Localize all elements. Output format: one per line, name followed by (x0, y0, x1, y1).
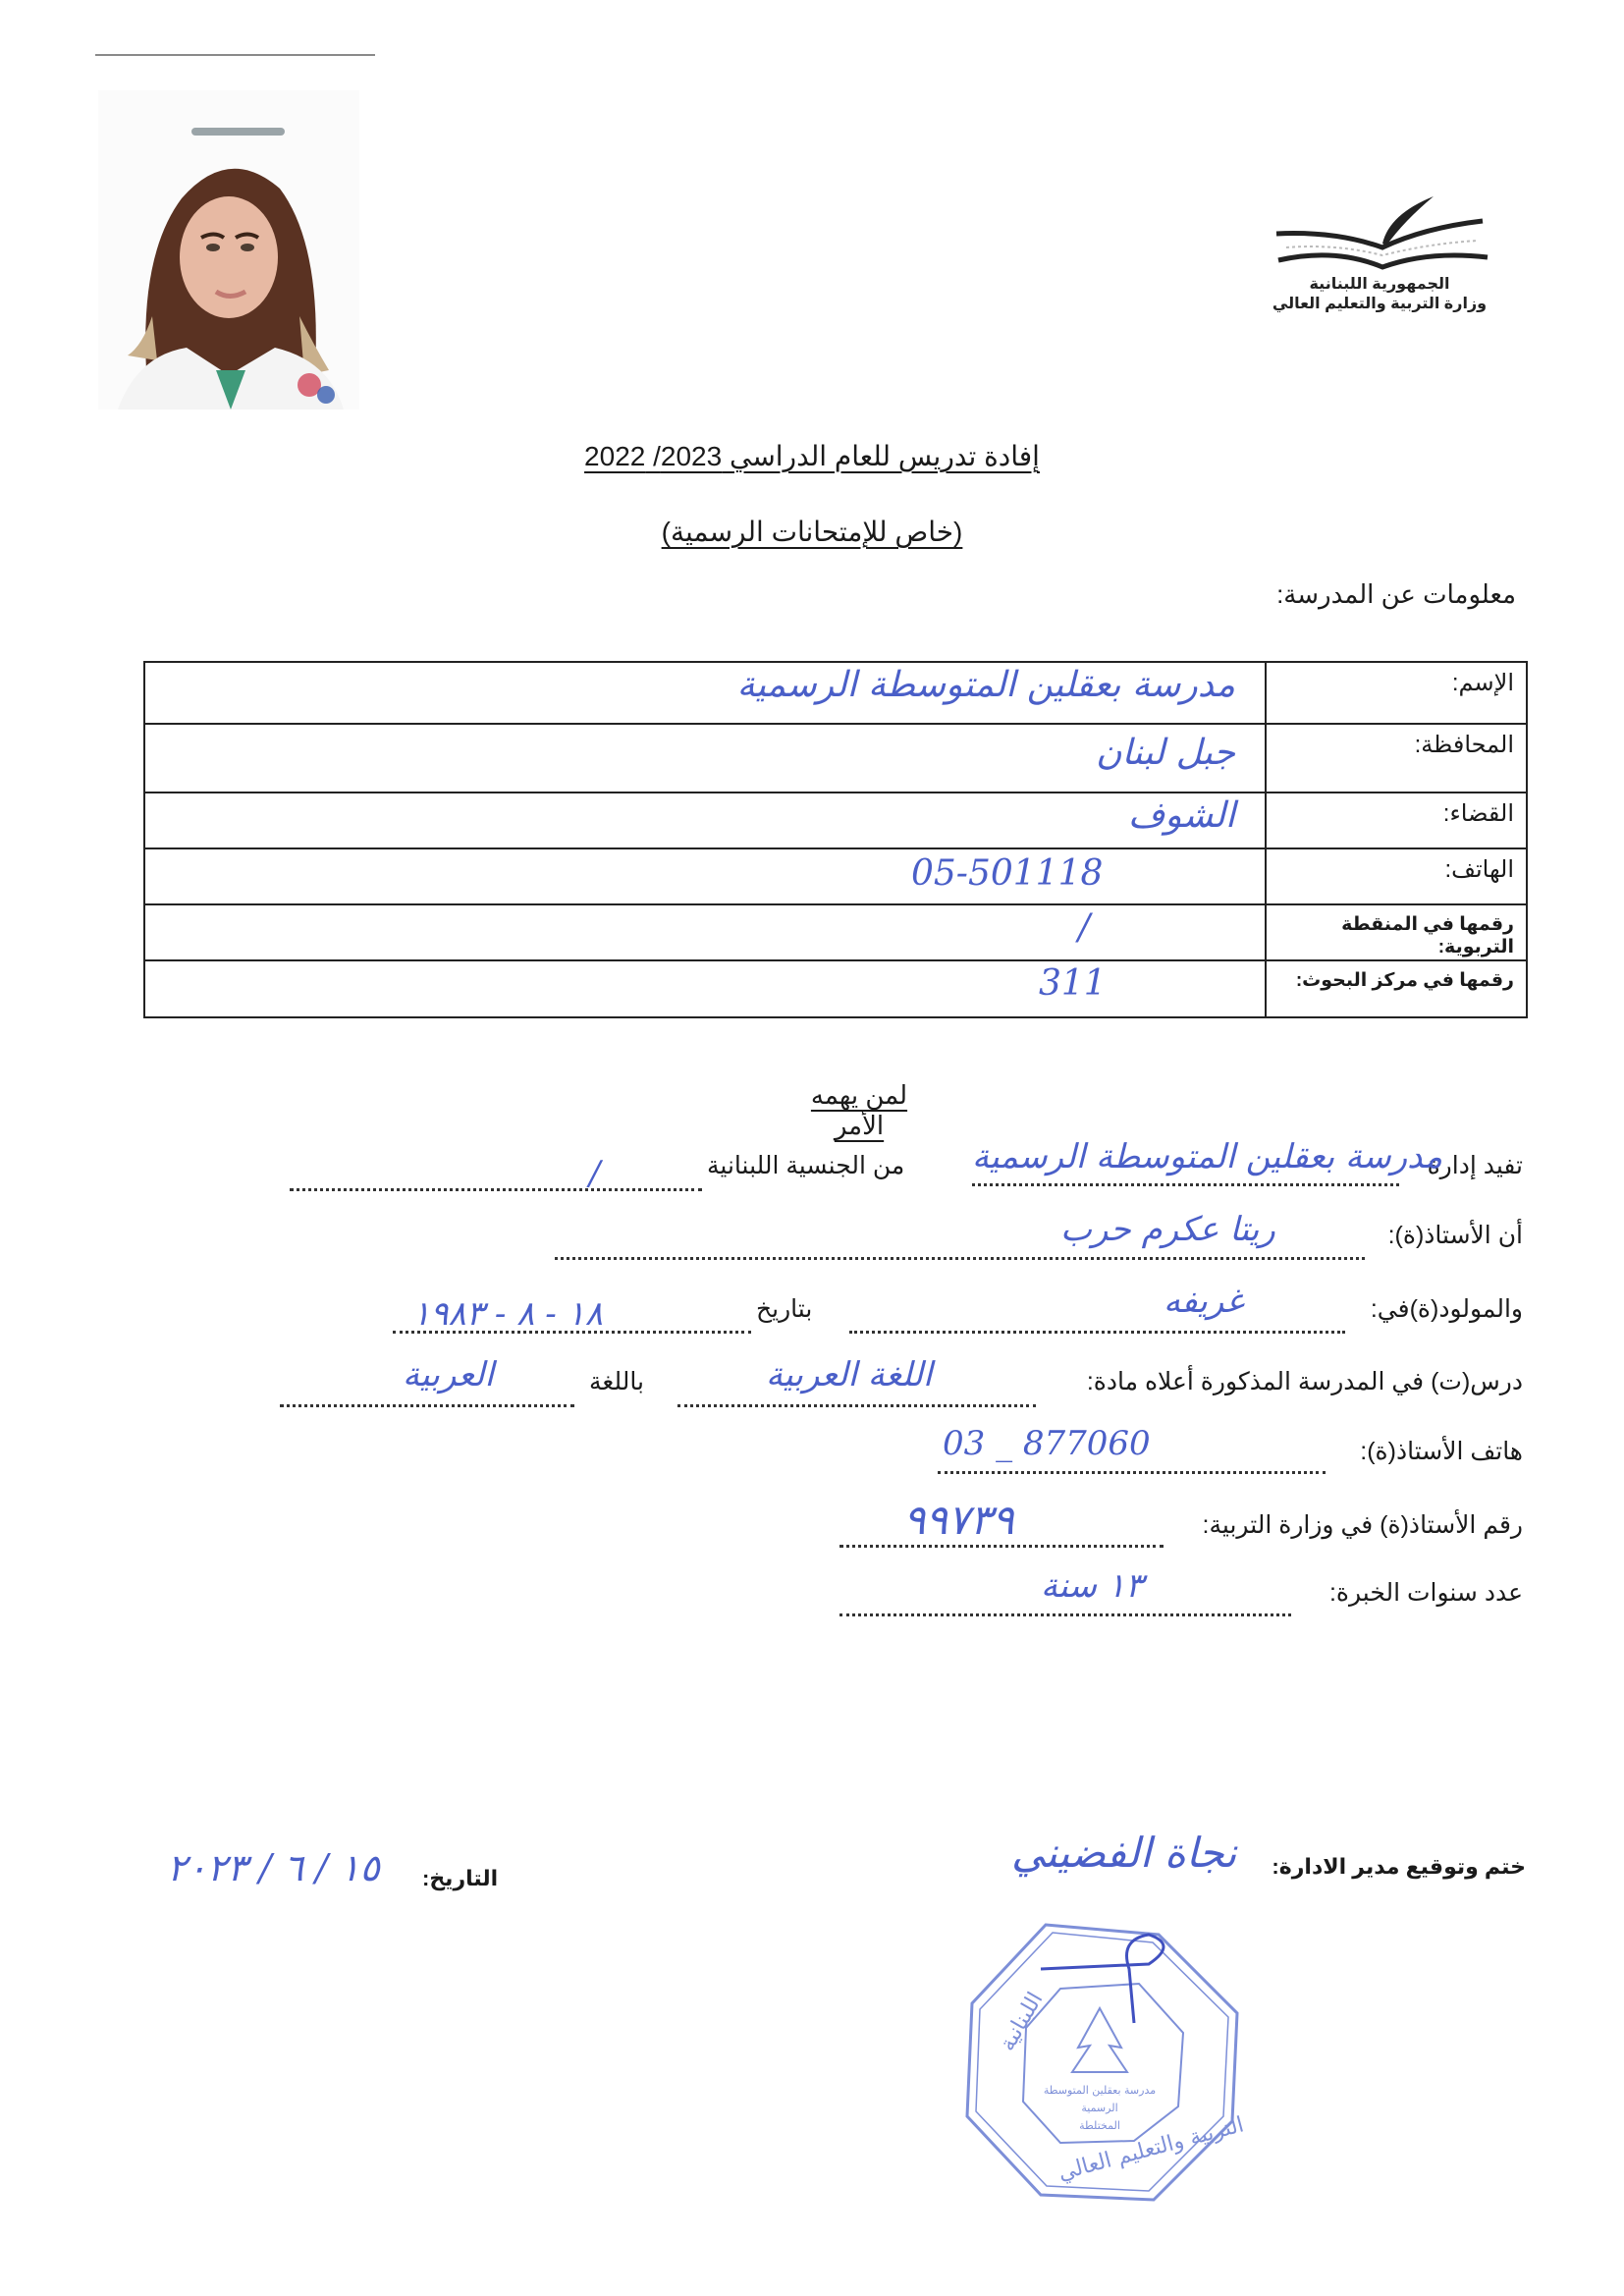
svg-text:مدرسة بعقلين المتوسطة: مدرسة بعقلين المتوسطة (1044, 2084, 1156, 2097)
field-ministry-number[interactable]: ٩٩٧٣٩ (903, 1496, 1014, 1544)
table-row-educational-zone: رقمها في المنقطة التربوية: / (145, 905, 1526, 961)
value-governorate[interactable]: جبل لبنان (145, 725, 1265, 792)
value-phone[interactable]: 05-501118 (145, 849, 1265, 903)
school-info-table: الإسم: مدرسة بعقلين المتوسطة الرسمية الم… (143, 661, 1528, 1018)
label-phone: الهاتف: (1265, 849, 1526, 903)
dots-language (280, 1404, 574, 1407)
table-row-district: القضاء: الشوف (145, 793, 1526, 849)
octagonal-official-stamp-icon: مدرسة بعقلين المتوسطة الرسمية المختلطة ا… (952, 1915, 1247, 2210)
dots-birthplace (849, 1331, 1345, 1334)
svg-text:اللبنانية: اللبنانية (996, 1989, 1049, 2055)
dots-teacher (555, 1257, 1365, 1260)
signature-label: ختم وتوقيع مدير الادارة: (1272, 1854, 1526, 1880)
official-stamp: مدرسة بعقلين المتوسطة الرسمية المختلطة ا… (952, 1915, 1247, 2210)
value-school-name[interactable]: مدرسة بعقلين المتوسطة الرسمية (145, 663, 1265, 723)
dots-subject (677, 1404, 1036, 1407)
label-research-center: رقمها في مركز البحوث: (1265, 961, 1526, 1016)
logo-republic-text: الجمهورية اللبنانية (1257, 275, 1502, 295)
open-book-emblem-icon (1267, 187, 1492, 275)
field-birthdate[interactable]: ١٨ - ٨ - ١٩٨٣ (412, 1294, 603, 1334)
field-nationality-mark[interactable]: / (589, 1154, 600, 1193)
dots-experience (839, 1613, 1291, 1616)
field-teacher-phone[interactable]: 03 _ 877060 (943, 1424, 1151, 1463)
document-subtitle: (خاص للإمتحانات الرسمية) (0, 516, 1624, 548)
date-value[interactable]: ١٥ / ٦ / ٢٠٢٣ (167, 1846, 380, 1889)
field-experience[interactable]: ١٣ سنة (1041, 1566, 1143, 1606)
dots-administration (972, 1183, 1399, 1186)
document-title: إفادة تدريس للعام الدراسي 2023/ 2022 (0, 440, 1624, 472)
label-educational-zone: رقمها في المنقطة التربوية: (1265, 905, 1526, 959)
birthdate-label: بتاريخ (756, 1294, 812, 1324)
dots-ministry-number (839, 1545, 1164, 1548)
label-governorate: المحافظة: (1265, 725, 1526, 792)
field-administration[interactable]: مدرسة بعقلين المتوسطة الرسمية (972, 1137, 1442, 1176)
value-educational-zone[interactable]: / (145, 905, 1265, 959)
experience-label: عدد سنوات الخبرة: (1329, 1578, 1523, 1608)
to-whom-heading: لمن يهمه الأمر (785, 1080, 933, 1141)
teacher-phone-label: هاتف الأستاذ(ة): (1360, 1437, 1523, 1466)
ministry-number-label: رقم الأستاذ(ة) في وزارة التربية: (1203, 1510, 1523, 1540)
teacher-photo (98, 90, 359, 410)
portrait-icon (98, 90, 359, 410)
birthplace-label: والمولود(ة)في: (1371, 1294, 1523, 1324)
svg-text:المختلطة: المختلطة (1079, 2119, 1120, 2132)
value-research-center[interactable]: 311 (145, 961, 1265, 1016)
table-row-governorate: المحافظة: جبل لبنان (145, 725, 1526, 793)
table-row-phone: الهاتف: 05-501118 (145, 849, 1526, 905)
ministry-logo: الجمهورية اللبنانية وزارة التربية والتعل… (1257, 187, 1502, 334)
dots-nationality (290, 1188, 702, 1191)
school-info-heading: معلومات عن المدرسة: (1276, 579, 1516, 610)
principal-signature: نجاة الفضيني (1011, 1829, 1236, 1877)
logo-ministry-text: وزارة التربية والتعليم العالي (1257, 295, 1502, 314)
label-school-name: الإسم: (1265, 663, 1526, 723)
teacher-label: أن الأستاذ(ة): (1388, 1221, 1523, 1250)
nationality-text: من الجنسية اللبنانية (707, 1151, 904, 1180)
top-scan-line (95, 54, 375, 56)
table-row-research-center: رقمها في مركز البحوث: 311 (145, 961, 1526, 1016)
language-label: باللغة (589, 1367, 644, 1396)
label-district: القضاء: (1265, 793, 1526, 847)
field-subject[interactable]: اللغة العربية (766, 1355, 932, 1394)
date-label: التاريخ: (422, 1866, 498, 1891)
field-language[interactable]: العربية (403, 1355, 494, 1394)
field-birthplace[interactable]: غريفه (1164, 1282, 1243, 1321)
field-teacher-name[interactable]: ريتا عكرم حرب (1060, 1210, 1275, 1249)
dots-teacher-phone (938, 1471, 1326, 1474)
value-district[interactable]: الشوف (145, 793, 1265, 847)
svg-text:الرسمية: الرسمية (1081, 2102, 1117, 2114)
table-row-name: الإسم: مدرسة بعقلين المتوسطة الرسمية (145, 663, 1526, 725)
subject-label: درس(ت) في المدرسة المذكورة أعلاه مادة: (1087, 1367, 1523, 1396)
